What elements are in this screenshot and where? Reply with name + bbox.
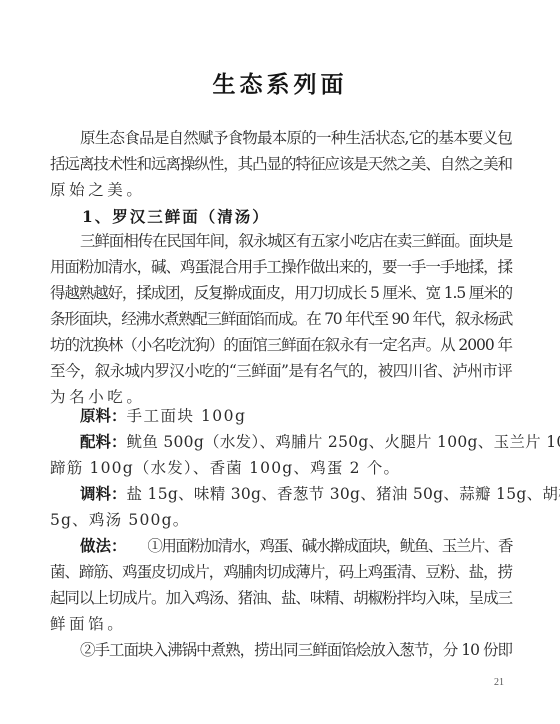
- page-number: 21: [494, 677, 504, 688]
- seasonings-line-1: 调料： 盐 15g、味精 30g、香葱节 30g、猪油 50g、蒜瓣 15g、胡…: [80, 484, 512, 504]
- history-line-7: 为名小吃。: [50, 387, 512, 407]
- history-line-2: 用面粉加清水，碱、鸡蛋混合用手工操作做出来的，要一手一手地揉，揉: [50, 257, 512, 277]
- history-line-4: 条形面块，经沸水煮熟配三鲜面馅而成。在 70 年代至 90 年代，叙永杨武: [50, 309, 512, 329]
- intro-line-2: 括远离技术性和远离操纵性，其凸显的特征应该是天然之美、自然之美和: [50, 154, 512, 174]
- seasonings-label: 调料：: [80, 484, 127, 504]
- method-line-3: 起同以上切成片。加入鸡汤、猪油、盐、味精、胡椒粉拌均入味，呈成三: [50, 588, 512, 608]
- history-text-2: 用面粉加清水，碱、鸡蛋混合用手工操作做出来的，要一手一手地揉，揉: [50, 257, 512, 277]
- history-text-4: 条形面块，经沸水煮熟配三鲜面馅而成。在 70 年代至 90 年代，叙永杨武: [50, 309, 512, 329]
- side-ingredients-line-2: 蹄筋 100g（水发）、香菌 100g、鸡蛋 2 个。: [50, 458, 512, 478]
- intro-text-3: 原始之美。: [50, 180, 146, 200]
- history-line-6: 至今，叙永城内罗汉小吃的“三鲜面”是有名气的，被四川省、泸州市评: [50, 361, 512, 381]
- seasonings-text-2: 5g、鸡汤 500g。: [50, 510, 189, 530]
- history-line-1: 三鲜面相传在民国年间，叙永城区有五家小吃店在卖三鲜面。面块是: [80, 231, 512, 251]
- history-text-6: 至今，叙永城内罗汉小吃的“三鲜面”是有名气的，被四川省、泸州市评: [50, 361, 512, 381]
- method-text-3: 起同以上切成片。加入鸡汤、猪油、盐、味精、胡椒粉拌均入味，呈成三: [50, 588, 512, 608]
- method-text-4: 鲜面馅。: [50, 614, 126, 634]
- history-text-5: 坊的沈换林（小名吃沈狗）的面馆三鲜面在叙永有一定名声。从 2000 年: [50, 335, 512, 355]
- seasonings-line-2: 5g、鸡汤 500g。: [50, 510, 512, 530]
- history-text-3: 得越熟越好，揉成团，反复擀成面皮，用刀切成长 5 厘米、宽 1.5 厘米的: [50, 283, 512, 303]
- method-line-5: ②手工面块入沸锅中煮熟，捞出同三鲜面馅烩放入葱节，分 10 份即: [80, 640, 512, 660]
- side-ingredients-text-1: 鱿鱼 500g（水发）、鸡脯片 250g、火腿片 100g、玉兰片 100g、: [127, 432, 560, 452]
- document-page: 生态系列面 原生态食品是自然赋予食物最本原的一种生活状态,它的基本要义包 括远离…: [0, 0, 560, 724]
- method-label: 做法：: [80, 536, 127, 556]
- intro-line-1: 原生态食品是自然赋予食物最本原的一种生活状态,它的基本要义包: [80, 128, 512, 148]
- side-ingredients-line-1: 配料： 鱿鱼 500g（水发）、鸡脯片 250g、火腿片 100g、玉兰片 10…: [80, 432, 512, 452]
- method-text-1: ①用面粉加清水，鸡蛋、碱水擀成面块，鱿鱼、玉兰片、香: [147, 536, 512, 556]
- side-ingredients-text-2: 蹄筋 100g（水发）、香菌 100g、鸡蛋 2 个。: [50, 458, 400, 478]
- history-text-1: 三鲜面相传在民国年间，叙永城区有五家小吃店在卖三鲜面。面块是: [80, 231, 512, 251]
- intro-text-1: 原生态食品是自然赋予食物最本原的一种生活状态,它的基本要义包: [80, 128, 512, 148]
- side-ingredients-label: 配料：: [80, 432, 127, 452]
- history-line-3: 得越熟越好，揉成团，反复擀成面皮，用刀切成长 5 厘米、宽 1.5 厘米的: [50, 283, 512, 303]
- page-title: 生态系列面: [0, 66, 560, 99]
- main-ingredients-text: 手工面块 100g: [127, 406, 247, 426]
- history-line-5: 坊的沈换林（小名吃沈狗）的面馆三鲜面在叙永有一定名声。从 2000 年: [50, 335, 512, 355]
- method-line-2: 菌、蹄筋、鸡蛋皮切成片，鸡脯肉切成薄片，码上鸡蛋清、豆粉、盐，捞: [50, 562, 512, 582]
- main-ingredients-label: 原料：: [80, 406, 127, 426]
- main-ingredients-line: 原料： 手工面块 100g: [80, 406, 512, 426]
- method-text-5: ②手工面块入沸锅中煮熟，捞出同三鲜面馅烩放入葱节，分 10 份即: [80, 640, 512, 660]
- method-line-4: 鲜面馅。: [50, 614, 512, 634]
- section-heading: 1、罗汉三鲜面（清汤）: [82, 205, 270, 227]
- intro-line-3: 原始之美。: [50, 180, 512, 200]
- method-line-1: 做法： ①用面粉加清水，鸡蛋、碱水擀成面块，鱿鱼、玉兰片、香: [80, 536, 512, 556]
- history-text-7: 为名小吃。: [50, 387, 146, 407]
- method-text-2: 菌、蹄筋、鸡蛋皮切成片，鸡脯肉切成薄片，码上鸡蛋清、豆粉、盐，捞: [50, 562, 512, 582]
- intro-text-2: 括远离技术性和远离操纵性，其凸显的特征应该是天然之美、自然之美和: [50, 154, 512, 174]
- seasonings-text-1: 盐 15g、味精 30g、香葱节 30g、猪油 50g、蒜瓣 15g、胡椒粉: [127, 484, 560, 504]
